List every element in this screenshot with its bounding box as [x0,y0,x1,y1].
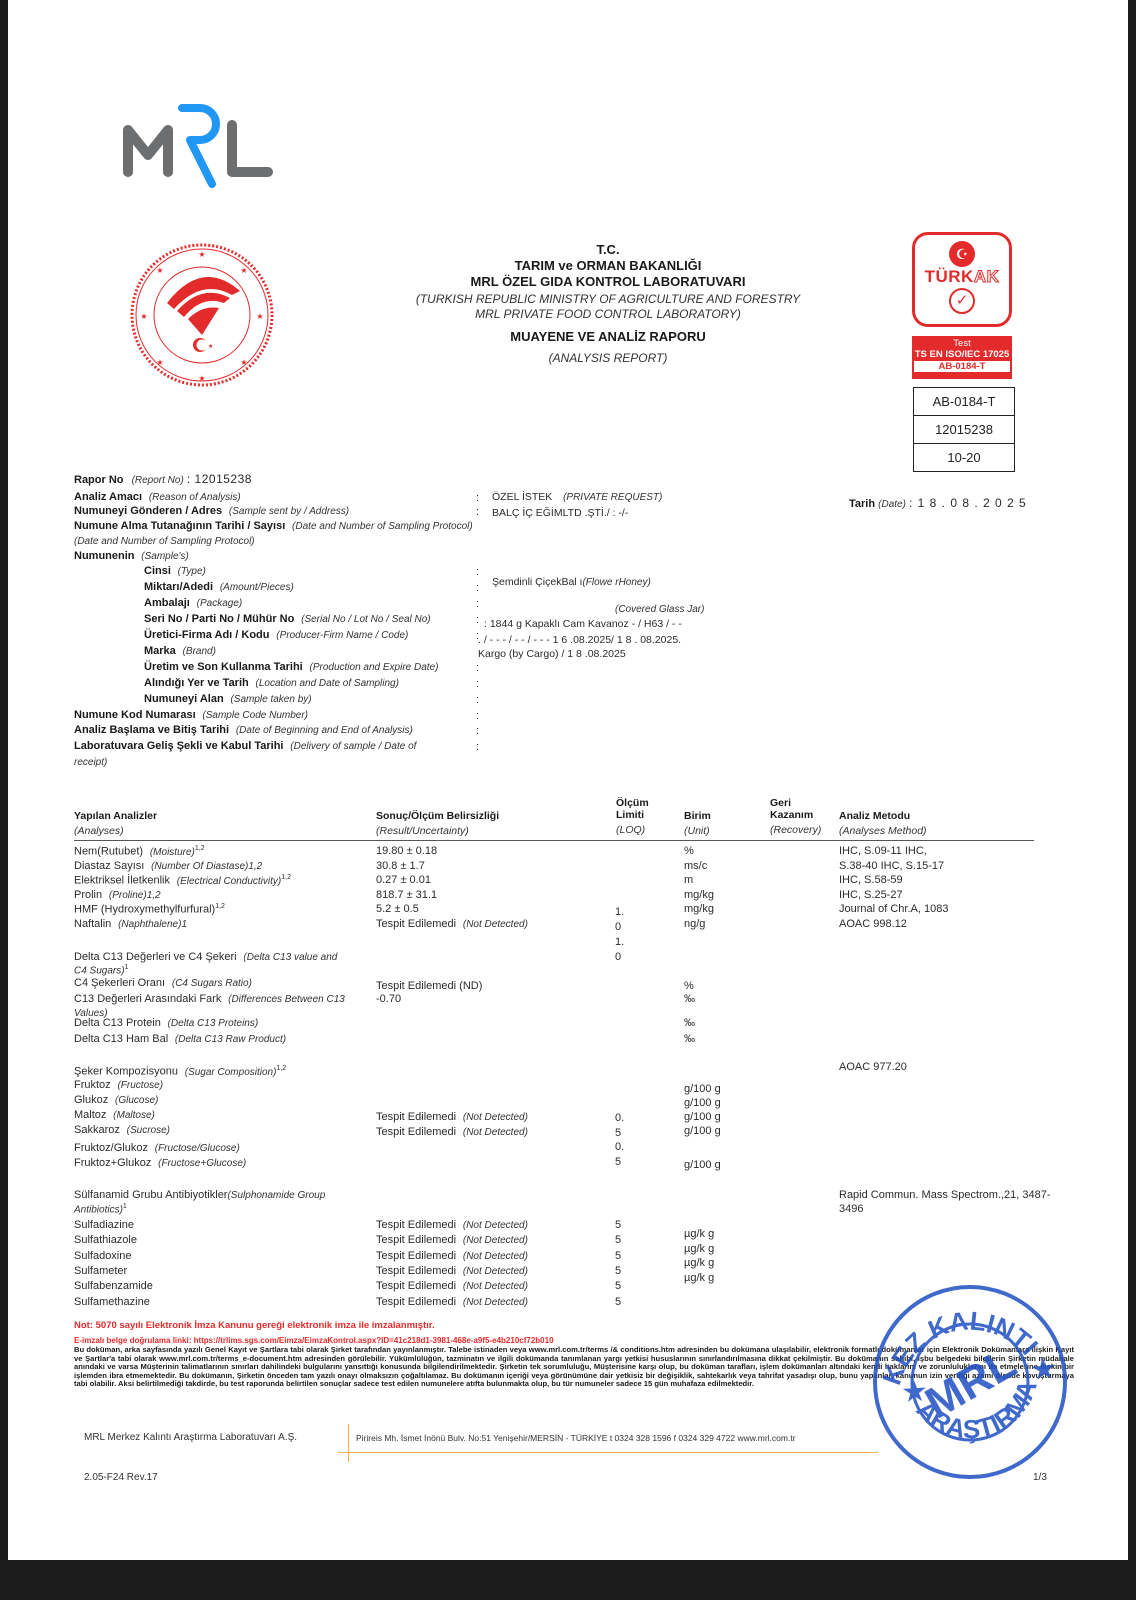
table-row-analysis-part: Glukoz [74,1094,108,1106]
table-row-loq-part: 5 [615,1265,621,1277]
table-row-result-part: (Not Detected) [460,1251,528,1262]
table-row-analysis: Naftalin (Naphthalene)1 [74,918,187,930]
field-label-en: (Sample's) [139,551,189,562]
footnote-marker: 1,2 [281,874,291,881]
col-recovery-en: (Recovery) [770,824,821,836]
field-colon: : [476,506,479,518]
report-title: MUAYENE VE ANALİZ RAPORU [388,329,828,344]
table-row-unit: µg/k g [684,1243,714,1255]
table-row-unit: m [684,874,693,886]
table-row-result-part: Tespit Edilemedi [376,1250,456,1262]
table-row-unit: % [684,845,694,857]
table-row-analysis: Prolin (Proline)1,2 [74,889,161,901]
table-row-result: Tespit Edilemedi (Not Detected) [376,1296,528,1308]
footer-company: MRL Merkez Kalıntı Araştırma Laboratuvar… [84,1432,297,1443]
table-row-method-part: AOAC 998.12 [839,918,907,930]
field-label-en: (Reason of Analysis) [146,492,241,503]
field-label: Miktarı/Adedi (Amount/Pieces) [144,581,294,593]
table-row-analysis: Delta C13 Protein (Delta C13 Proteins) [74,1017,258,1029]
col-unit-en: (Unit) [684,825,711,837]
table-row-loq: 5 [615,1250,621,1262]
group-title-sulphonamide-part: (Sulphonamide Group [227,1190,325,1201]
table-row-analysis-part: Delta C13 Ham Bal [74,1033,168,1045]
table-row-result: 818.7 ± 31.1 [376,889,437,901]
field-value-type: Şemdinli ÇiçekBal ı(Flowe rHoney) [492,576,651,588]
table-row-analysis: Sulfadoxine [74,1250,132,1262]
table-row-analysis-part: Fruktoz+Glukoz [74,1157,151,1169]
table-row-loq-part: 0 [615,951,621,963]
table-row-result: Tespit Edilemedi (Not Detected) [376,1111,528,1123]
mrl-logo-icon [120,100,280,195]
svg-text:★: ★ [256,312,263,321]
field-label-tr: Marka [144,645,176,657]
table-row-loq: 0 [615,951,621,963]
table-row-unit: g/100 g [684,1111,721,1123]
table-row-unit: ms/c [684,860,707,872]
table-row-loq-part: 1. [615,906,624,918]
field-label-tr: Seri No / Parti No / Mühür No [144,613,294,625]
table-row-analysis: Sulfabenzamide [74,1280,153,1292]
field-label: Numunenin (Sample's) [74,550,189,562]
field-colon: : [476,566,479,578]
field-label-en: (Producer-Firm Name / Code) [274,630,409,641]
analysis-name-en: (Proline)1,2 [106,890,160,901]
table-row-method: IHC, S.58-59 [839,874,903,886]
table-row-analysis: Fruktoz/Glukoz (Fructose/Glucose) [74,1142,240,1154]
group-method-sulphonamide-part: Rapid Commun. Mass Spectrom.,21, 3487- [839,1189,1051,1201]
table-row-unit: mg/kg [684,903,714,915]
col-analyses-en: (Analyses) [74,825,157,837]
field-colon: : [476,694,479,706]
table-row-analysis-part: (Maltose) [110,1110,154,1121]
turkish-flag-icon: ☪ [949,241,975,267]
field-label-tr: Üretim ve Son Kullanma Tarihi [144,661,303,673]
col-result-en: (Result/Uncertainty) [376,825,499,837]
field-label-en: (Production and Expire Date) [307,662,439,673]
group-method-sulphonamide-cont: 3496 [839,1203,863,1215]
field-label: Numune Kod Numarası (Sample Code Number) [74,709,308,721]
analysis-result: 818.7 ± 31.1 [376,889,437,901]
table-row-loq-part: 0. [615,1141,624,1153]
table-row-analysis: Glukoz (Glucose) [74,1094,158,1106]
table-row-analysis: Delta C13 Ham Bal (Delta C13 Raw Product… [74,1033,286,1045]
analysis-name-en: (Moisture) [147,847,195,858]
table-row-unit-part: g/100 g [684,1111,721,1123]
field-label: Laboratuvara Geliş Şekli ve Kabul Tarihi… [74,740,416,752]
field-label: Numuneyi Alan (Sample taken by) [144,693,312,705]
field-colon-part: : [476,725,479,737]
field-value-reason-part: (PRIVATE REQUEST) [560,492,662,503]
field-value-producer: . / - - - / - - / - - - 1 6 .08.2025/ 1 … [478,634,681,646]
field-label: Ambalajı (Package) [144,597,242,609]
group-method-sulphonamide-cont-part: 3496 [839,1203,863,1215]
table-row-unit-part: ‰ [684,1033,695,1045]
field-colon: : [476,710,479,722]
report-subtitle: (ANALYSIS REPORT) [388,351,828,365]
table-row-analysis-part: (Fructose) [115,1080,163,1091]
field-label-en: (Serial No / Lot No / Seal No) [298,614,430,625]
turkak-brand-a: TÜRK [925,267,974,286]
table-row-method: IHC, S.09-11 IHC, [839,845,927,857]
table-row-loq: 1. [615,936,624,948]
table-row-loq: 5 [615,1265,621,1277]
table-row-result: Tespit Edilemedi (Not Detected) [376,1126,528,1138]
table-row-result-part: -0.70 [376,993,401,1005]
table-row-loq-part: 5 [615,1127,621,1139]
analysis-result: 0.27 ± 0.01 [376,874,431,886]
table-row-result-part: Tespit Edilemedi [376,1234,456,1246]
field-label-en: (Package) [194,598,242,609]
field-colon: : [476,725,479,737]
table-row-analysis: Sulfathiazole [74,1234,137,1246]
table-row-result-part: Tespit Edilemedi [376,1280,456,1292]
analysis-name: Elektriksel İletkenlik [74,875,170,887]
table-row-result-part: Tespit Edilemedi [376,1265,456,1277]
table-row-loq: 5 [615,1234,621,1246]
field-value-sender: BALÇ İÇ EĞİMLTD .ŞTİ./ : -/- [492,507,628,519]
table-row-analysis: Maltoz (Maltose) [74,1109,155,1121]
table-row-unit-part: % [684,980,694,992]
field-label-en: (Type) [175,566,206,577]
table-row-analysis: HMF (Hydroxymethylfurfural)1,2 [74,903,225,916]
analysis-name-en: (Number Of Diastase)1,2 [148,861,262,872]
table-row-unit-part: m [684,874,693,886]
table-row-unit: g/100 g [684,1083,721,1095]
field-colon-part: : [476,598,479,610]
report-number-box: 12015238 [913,415,1015,444]
col-loq-tr1: Ölçüm [616,797,649,809]
field-colon-part: : [476,662,479,674]
table-row-loq: 0. [615,1141,624,1153]
table-row-analysis-part: (Fructose/Glucose) [152,1143,240,1154]
field-value-brand-part: Kargo (by Cargo) / 1 8 .08.2025 [478,648,626,660]
table-row-unit: ‰ [684,993,695,1005]
analysis-result: Tespit Edilemedi [376,918,456,930]
field-colon-part: : [476,566,479,578]
turkak-test: Test [912,336,1012,349]
table-row-unit: µg/k g [684,1228,714,1240]
table-row-result-part: (Not Detected) [460,1220,528,1231]
table-row-result-part: Tespit Edilemedi [376,1111,456,1123]
analysis-result: 30.8 ± 1.7 [376,860,425,872]
table-row-analysis-part: (C4 Sugars Ratio) [169,978,252,989]
table-row-unit-part: ‰ [684,1017,695,1029]
table-row-loq-part: 5 [615,1296,621,1308]
table-row-result: 5.2 ± 0.5 [376,903,419,915]
table-row-analysis: C13 Değerleri Arasındaki Fark (Differenc… [74,993,345,1005]
field-colon-part: : [476,710,479,722]
table-row-analysis-part: (Delta C13 Proteins) [165,1018,258,1029]
analysis-name: Nem(Rutubet) [74,846,143,858]
table-row-analysis-part: Sulfameter [74,1265,127,1277]
field-label-tr: Miktarı/Adedi [144,581,213,593]
field-label-en: (Date of Beginning and End of Analysis) [233,725,413,736]
field-colon-part: : [476,694,479,706]
field-colon: : [476,614,479,626]
table-row-unit-part: mg/kg [684,903,714,915]
table-row-result: Tespit Edilemedi (Not Detected) [376,918,528,930]
signature-note: Not: 5070 sayılı Elektronik İmza Kanunu … [74,1320,435,1331]
col-recovery: Geri Kazanım (Recovery) [770,797,821,836]
table-row-analysis-part: (Glucose) [112,1095,158,1106]
field-label-tr: Analiz Başlama ve Bitiş Tarihi [74,724,229,736]
field-colon: : [476,662,479,674]
table-row-unit-part: % [684,845,694,857]
table-row-method-part: IHC, S.25-27 [839,889,903,901]
table-row-result: Tespit Edilemedi (Not Detected) [376,1265,528,1277]
table-row-loq: 0 [615,921,621,933]
table-row-unit-part: mg/kg [684,889,714,901]
table-row-unit: ‰ [684,1017,695,1029]
table-row-result-part: Tespit Edilemedi (ND) [376,980,482,992]
field-label-en: (Brand) [180,646,216,657]
field-label-en: (Delivery of sample / Date of [287,741,416,752]
field-label: Numuneyi Gönderen / Adres (Sample sent b… [74,505,349,517]
table-row-analysis-part: Sulfadoxine [74,1250,132,1262]
report-page: ★ ★ ★ ★ ★ ★ ★ ★ ★ T.C. TARIM ve ORMAN BA… [8,0,1128,1560]
table-row-unit-part: ‰ [684,993,695,1005]
group-title-delta-c13-part: Delta C13 Değerleri ve C4 Şekeri [74,951,237,963]
table-row-unit: µg/k g [684,1257,714,1269]
analysis-name-en: (Electrical Conductivity) [174,876,281,887]
table-row-loq-part: 5 [615,1156,621,1168]
analysis-name: Naftalin [74,918,111,930]
table-row-unit-part: µg/k g [684,1243,714,1255]
table-row-analysis: Elektriksel İletkenlik (Electrical Condu… [74,874,291,887]
svg-text:★: ★ [156,266,163,275]
table-row-loq-part: 5 [615,1219,621,1231]
table-row-analysis: Sulfamethazine [74,1296,150,1308]
analysis-name-en: (Naphthalene)1 [115,919,187,930]
col-loq-en: (LOQ) [616,824,649,836]
report-no: Rapor No (Report No) : 12015238 [74,472,252,486]
table-row-loq: 5 [615,1127,621,1139]
field-label-en-cont-part: receipt) [74,757,107,768]
group-title-sulphonamide-part: Sülfanamid Grubu Antibiyotikler [74,1189,227,1201]
report-no-label: Rapor No [74,474,124,486]
table-row-result-part: (Not Detected) [460,1297,528,1308]
table-row-analysis-part: Maltoz [74,1109,106,1121]
group-title-sugar: Şeker Kompozisyonu (Sugar Composition)1,… [74,1065,286,1078]
svg-text:★: ★ [156,358,163,367]
table-row-analysis: Sulfameter [74,1265,127,1277]
svg-text:★: ★ [240,266,247,275]
col-method-tr: Analiz Metodu [839,810,927,822]
analysis-result: 5.2 ± 0.5 [376,903,419,915]
field-value-type-part: Şemdinli ÇiçekBal ı [492,576,582,588]
field-colon: : [476,492,479,504]
field-colon-part: : [476,741,479,753]
field-label: Cinsi (Type) [144,565,206,577]
group-title-sulphonamide: Sülfanamid Grubu Antibiyotikler(Sulphona… [74,1189,325,1201]
table-row-analysis-part: Sulfadiazine [74,1219,134,1231]
table-header-divider [74,840,1034,841]
col-result-tr: Sonuç/Ölçüm Belirsizliği [376,810,499,822]
field-label: Üretici-Firma Adı / Kodu (Producer-Firm … [144,629,408,641]
group-title-sugar-part: 1,2 [276,1065,286,1072]
table-row-analysis: Fruktoz+Glukoz (Fructose+Glucose) [74,1157,246,1169]
table-row-unit-part: µg/k g [684,1272,714,1284]
lab-stamp-icon: MERKEZ KALINTI ★ LAB ★ ARAŞTIRMA MRL [870,1280,1070,1480]
analysis-name: Prolin [74,889,102,901]
table-row-result-part: (Not Detected) [460,1112,528,1123]
field-value-producer-part: . / - - - / - - / - - - 1 6 .08.2025/ 1 … [478,634,681,646]
group-title-delta-c13-part: (Delta C13 value and [241,952,338,963]
table-row-unit: g/100 g [684,1159,721,1171]
field-label: Alındığı Yer ve Tarih (Location and Date… [144,677,399,689]
col-recovery-tr1: Geri [770,797,821,809]
table-row-method: S.38-40 IHC, S.15-17 [839,860,944,872]
table-row-result-part: Tespit Edilemedi [376,1296,456,1308]
table-row-analysis: Diastaz Sayısı (Number Of Diastase)1,2 [74,860,262,872]
col-method: Analiz Metodu (Analyses Method) [839,810,927,837]
field-label: Üretim ve Son Kullanma Tarihi (Productio… [144,661,438,673]
group-method-sugar-part: AOAC 977.20 [839,1061,907,1073]
verification-link[interactable]: E-imzalı belge doğrulama linki: https://… [74,1336,554,1345]
footer-divider-vertical [348,1424,349,1462]
table-row-unit: mg/kg [684,889,714,901]
analysis-result: 19.80 ± 0.18 [376,845,437,857]
field-value-brand: Kargo (by Cargo) / 1 8 .08.2025 [478,648,626,660]
table-row-analysis-part: Fruktoz [74,1079,111,1091]
date-en: (Date) [878,499,906,510]
table-row-analysis-part: Delta C13 Protein [74,1017,161,1029]
table-row-analysis-part: C4 Şekerleri Oranı [74,977,165,989]
table-row-analysis-part: Fruktoz/Glukoz [74,1142,148,1154]
field-value-reason-part: ÖZEL İSTEK [492,491,552,503]
group-method-sugar: AOAC 977.20 [839,1061,907,1073]
ministry-seal-icon: ★ ★ ★ ★ ★ ★ ★ ★ ★ [122,243,282,388]
page-number: 1/3 [1033,1472,1047,1483]
col-method-en: (Analyses Method) [839,825,927,837]
table-row-unit-part: ms/c [684,860,707,872]
field-label-en: (Date and Number of Sampling Protocol) [289,521,472,532]
table-row-unit-part: µg/k g [684,1257,714,1269]
table-row-loq-part: 5 [615,1250,621,1262]
group-title-delta-c13-cont: C4 Sugars)1 [74,964,128,977]
table-row-result-part: Tespit Edilemedi [376,1219,456,1231]
group-title-sulphonamide-cont: Antibiotics)1 [74,1203,127,1216]
table-row-analysis: Sulfadiazine [74,1219,134,1231]
field-colon: : [476,598,479,610]
check-icon: ✓ [949,288,975,314]
table-row-unit-part: ng/g [684,918,705,930]
report-no-en: (Report No) [132,475,184,486]
table-row-loq-part: 5 [615,1234,621,1246]
field-colon-part: : [476,614,479,626]
field-colon: : [476,741,479,753]
table-row-result: 19.80 ± 0.18 [376,845,437,857]
date-value: : 1 8 . 0 8 . 2 0 2 5 [909,496,1027,510]
group-title-sugar-part: (Sugar Composition) [182,1067,276,1078]
field-label: Marka (Brand) [144,645,216,657]
report-date: Tarih (Date) : 1 8 . 0 8 . 2 0 2 5 [849,496,1027,510]
field-colon-part: : [476,678,479,690]
group-title-sulphonamide-cont-part: 1 [123,1203,127,1210]
field-colon: : [476,582,479,594]
field-label-tr: Numuneyi Gönderen / Adres [74,505,222,517]
table-row-result: Tespit Edilemedi (Not Detected) [376,1280,528,1292]
field-value-type-part: (Flowe rHoney) [582,577,650,588]
header-ministry: TARIM ve ORMAN BAKANLIĞI [388,258,828,273]
table-row-unit-part: µg/k g [684,1228,714,1240]
field-label-en: (Sample sent by / Address) [226,506,349,517]
table-row-analysis: C4 Şekerleri Oranı (C4 Sugars Ratio) [74,977,252,989]
field-label-tr: Cinsi [144,565,171,577]
table-row-result: Tespit Edilemedi (Not Detected) [376,1234,528,1246]
table-row-unit: ‰ [684,1033,695,1045]
field-label: Seri No / Parti No / Mühür No (Serial No… [144,613,431,625]
table-row-result: Tespit Edilemedi (ND) [376,980,482,992]
footer-divider-horizontal [338,1452,878,1453]
table-row-analysis: Fruktoz (Fructose) [74,1079,163,1091]
header-laboratory: MRL ÖZEL GIDA KONTROL LABORATUVARI [388,274,828,289]
table-row-result: 0.27 ± 0.01 [376,874,431,886]
field-label-tr: Laboratuvara Geliş Şekli ve Kabul Tarihi [74,740,283,752]
table-row-unit: g/100 g [684,1125,721,1137]
table-row-loq: 5 [615,1219,621,1231]
col-unit: Birim (Unit) [684,810,711,837]
field-label-en: (Sample Code Number) [200,710,308,721]
table-row-analysis-part: Sulfabenzamide [74,1280,153,1292]
code-box: 10-20 [913,443,1015,472]
table-row-result: 30.8 ± 1.7 [376,860,425,872]
table-row-result-part: (Not Detected) [460,1281,528,1292]
svg-text:★: ★ [198,250,205,259]
field-label-en: (Amount/Pieces) [217,582,294,593]
table-row-result: -0.70 [376,993,401,1005]
table-row-loq-part: 0. [615,1112,624,1124]
field-label-tr: Numune Kod Numarası [74,709,196,721]
col-loq-tr2: Limiti [616,809,649,821]
table-row-unit-part: g/100 g [684,1083,721,1095]
turkak-accreditation-label: Test TS EN ISO/IEC 17025 AB-0184-T [912,336,1012,379]
footer-address: Pirireis Mh. İsmet İnönü Bulv. No:51 Yen… [356,1433,796,1443]
table-row-loq-part: 1. [615,936,624,948]
field-label-tr: Analiz Amacı [74,491,142,503]
table-row-analysis-part: Sulfathiazole [74,1234,137,1246]
table-row-method-part: Journal of Chr.A, 1083 [839,903,948,915]
col-analyses: Yapılan Analizler (Analyses) [74,810,157,837]
turkak-standard: TS EN ISO/IEC 17025 [912,349,1012,360]
table-row-loq-part: 0 [615,921,621,933]
table-row-method-part: IHC, S.09-11 IHC, [839,845,927,857]
header-english-2: MRL PRIVATE FOOD CONTROL LABORATORY) [388,307,828,321]
col-unit-tr: Birim [684,810,711,822]
table-row-unit: % [684,980,694,992]
table-row-result: Tespit Edilemedi (Not Detected) [376,1219,528,1231]
group-method-sulphonamide: Rapid Commun. Mass Spectrom.,21, 3487- [839,1189,1051,1201]
group-title-delta-c13-cont-part: 1 [125,964,129,971]
analysis-name: Diastaz Sayısı [74,860,144,872]
svg-text:★: ★ [140,312,147,321]
table-row-analysis-part: (Delta C13 Raw Product) [172,1034,286,1045]
table-row-unit-part: g/100 g [684,1125,721,1137]
table-row-analysis-part: Sakkaroz [74,1124,120,1136]
footnote-marker: 1,2 [215,903,225,910]
col-recovery-tr2: Kazanım [770,809,821,821]
field-label-tr: Numune Alma Tutanağının Tarihi / Sayısı [74,520,285,532]
form-code: 2.05-F24 Rev.17 [84,1472,158,1483]
header-tc: T.C. [388,242,828,257]
table-row-loq: 0. [615,1112,624,1124]
table-row-result-part: (Not Detected) [460,1127,528,1138]
table-row-method: Journal of Chr.A, 1083 [839,903,948,915]
table-row-analysis-part: C13 Değerleri Arasındaki Fark [74,993,221,1005]
field-label-tr: Alındığı Yer ve Tarih [144,677,249,689]
field-label: Analiz Başlama ve Bitiş Tarihi (Date of … [74,724,413,736]
group-title-sulphonamide-cont-part: Antibiotics) [74,1205,123,1216]
